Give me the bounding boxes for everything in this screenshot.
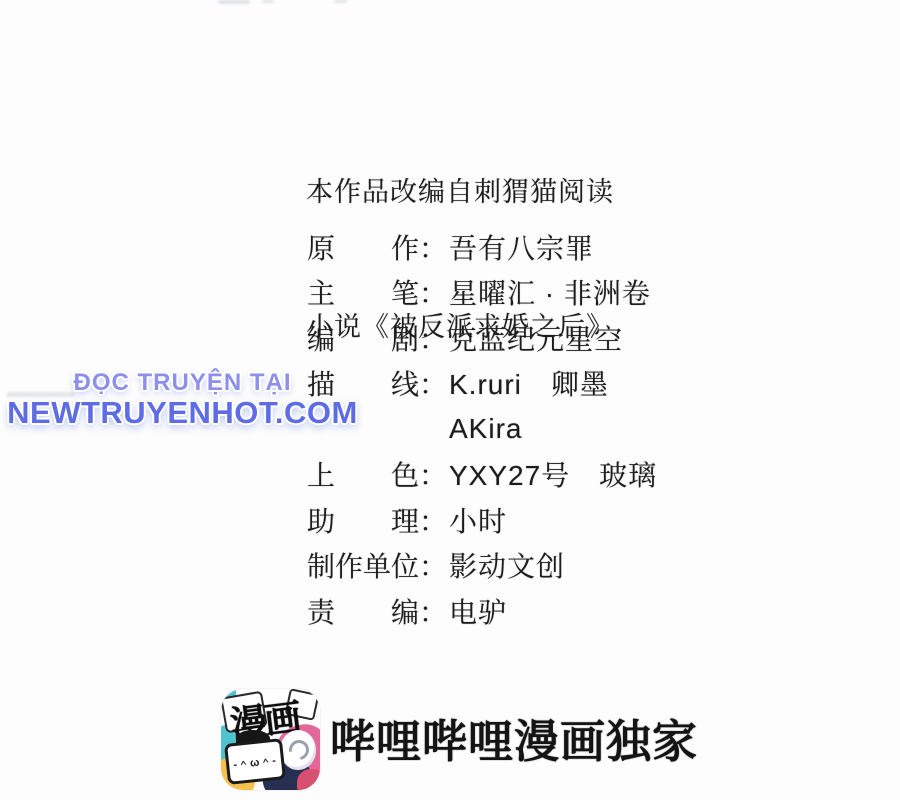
credit-label: 责 编：	[307, 591, 449, 631]
watermark-line-1: ĐỌC TRUYỆN TẠI	[5, 370, 360, 395]
bilibili-comics-logo: 漫画 -＾ω＾-	[221, 689, 320, 790]
watermark-line-2: NEWTRUYENHOT.COM	[5, 397, 360, 430]
credit-label: 上 色：	[307, 454, 449, 494]
top-edge-artifact	[218, 0, 250, 4]
credit-value: 小时	[449, 500, 507, 540]
credit-row-production-unit: 制作单位： 影动文创	[307, 543, 657, 589]
credit-label: 编 剧：	[307, 318, 449, 358]
credit-value: 电驴	[449, 591, 507, 631]
credit-row-lead-artist: 主 笔： 星曜汇 · 非洲卷	[307, 270, 657, 316]
top-edge-artifact	[262, 0, 274, 3]
credit-value: 克蓝纪元星空	[449, 318, 623, 358]
credit-row-original-work: 原 作： 吾有八宗罪	[307, 224, 657, 270]
credit-value: AKira	[449, 413, 522, 445]
credit-label: 原 作：	[307, 227, 449, 267]
tv-mascot-icon: -＾ω＾-	[224, 738, 286, 785]
credit-label: 主 笔：	[307, 272, 449, 312]
credit-value: K.ruri 卿墨	[449, 363, 609, 403]
credit-value: 星曜汇 · 非洲卷	[449, 272, 651, 312]
bilibili-exclusive-text: 哔哩哔哩漫画独家	[330, 705, 698, 770]
tv-face: -＾ω＾-	[232, 751, 277, 771]
credit-value: YXY27号 玻璃	[449, 454, 657, 494]
logo-red-splash	[297, 769, 320, 790]
credit-label: 制作单位：	[307, 545, 449, 585]
credit-value: 影动文创	[449, 545, 565, 585]
credit-row-screenwriter: 编 剧： 克蓝纪元星空	[307, 315, 657, 361]
credit-row-assistant: 助 理： 小时	[307, 497, 657, 543]
credit-row-coloring: 上 色： YXY27号 玻璃	[307, 452, 657, 498]
credit-label: 助 理：	[307, 500, 449, 540]
cat-paw-icon	[280, 730, 316, 770]
top-edge-artifact	[334, 0, 347, 3]
site-watermark: ĐỌC TRUYỆN TẠI NEWTRUYENHOT.COM	[5, 370, 360, 430]
credit-row-editor: 责 编： 电驴	[307, 588, 657, 634]
manga-credits-page: 本作品改编自刺猬猫阅读 小说《被反派求婚之后》 原 作： 吾有八宗罪 主 笔： …	[0, 0, 900, 800]
credit-value: 吾有八宗罪	[449, 227, 594, 267]
adaptation-notice-line-1: 本作品改编自刺猬猫阅读	[306, 170, 614, 215]
